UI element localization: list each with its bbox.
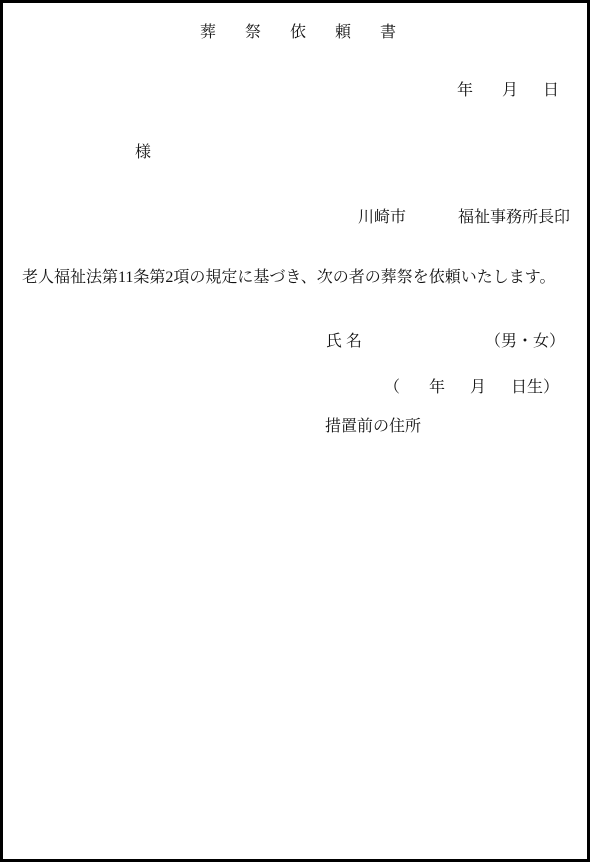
birthdate-open-paren: （ [384,380,400,396]
legal-basis-statement: 老人福祉法第11条第2項の規定に基づき、次の者の葬祭を依頼いたします。 [22,270,556,286]
birthdate-day-suffix-label: 日生） [511,380,559,396]
title-row: 葬祭依頼書 [0,25,592,43]
addressee-honorific: 様 [135,145,151,161]
issuer-city-label: 川崎市 [358,210,406,226]
name-field-label: 氏 名 [326,334,362,350]
birthdate-month-label: 月 [470,380,486,396]
date-year-label: 年 [457,83,473,99]
birthdate-year-label: 年 [429,380,445,396]
birthdate-row: （ 年 月 日生） [0,380,592,398]
issuer-row: 川崎市 福祉事務所長印 [0,210,592,228]
date-day-label: 日 [543,83,559,99]
sex-options-label: （男・女） [485,334,565,350]
date-row: 年 月 日 [0,83,592,101]
address-row: 措置前の住所 [0,419,592,437]
body-row: 老人福祉法第11条第2項の規定に基づき、次の者の葬祭を依頼いたします。 [0,270,592,288]
issuer-office-seal-label: 福祉事務所長印 [458,210,570,226]
funeral-request-form-document: 葬祭依頼書 年 月 日 様 川崎市 福祉事務所長印 老人福祉法第11条第2項の規… [0,0,592,864]
name-row: 氏 名 （男・女） [0,334,592,352]
addressee-row: 様 [0,145,592,163]
form-title: 葬祭依頼書 [200,25,425,41]
date-month-label: 月 [502,83,518,99]
pre-placement-address-label: 措置前の住所 [325,419,421,435]
